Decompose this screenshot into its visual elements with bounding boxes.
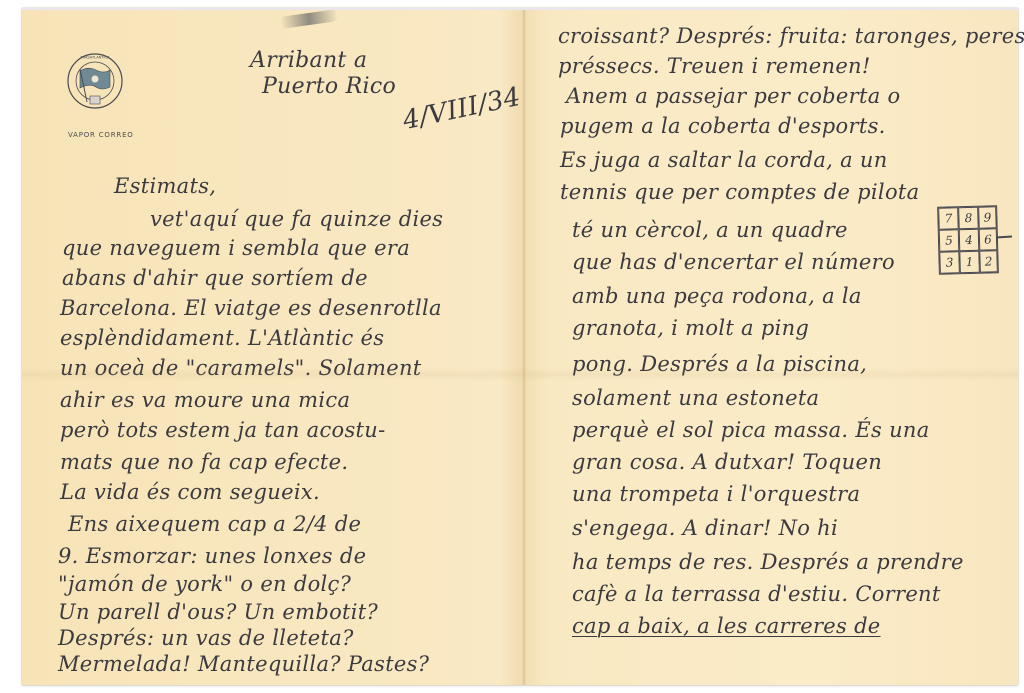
number-target-grid: 7 8 9 5 4 6 3 1 2	[937, 205, 999, 275]
letter-line: pugem a la coberta d'esports.	[560, 114, 886, 138]
letter-line: Un parell d'ous? Un embotit?	[58, 600, 378, 624]
salutation: Estimats,	[114, 174, 216, 198]
letter-line: "jamón de york" o en dolç?	[58, 572, 351, 596]
letter-line: Barcelona. El viatge es desenrotlla	[60, 296, 442, 320]
letter-line: que naveguem i sembla que era	[62, 236, 410, 260]
letter-line: croissant? Després: fruita: taronges, pe…	[558, 24, 1024, 48]
letter-line: granota, i molt a ping	[572, 316, 809, 340]
letter-line: La vida és com segueix.	[60, 480, 320, 504]
letter-line: solament una estoneta	[572, 386, 819, 410]
grid-cell: 5	[939, 229, 960, 252]
letter-line: Anem a passejar per coberta o	[566, 84, 900, 108]
svg-text:TRASATLANTICA: TRASATLANTICA	[79, 56, 110, 60]
place-line-1: Arribant a	[250, 48, 367, 73]
place-line-2: Puerto Rico	[262, 74, 396, 99]
letter-line: vet'aquí que fa quinze dies	[150, 207, 443, 231]
letter-line: préssecs. Treuen i remenen!	[558, 54, 871, 78]
letter-line: un oceà de "caramels". Solament	[60, 356, 422, 380]
letter-line: abans d'ahir que sortíem de	[62, 266, 368, 290]
grid-cell: 9	[978, 206, 997, 228]
letter-line: s'engega. A dinar! No hi	[572, 516, 838, 540]
grid-cell: 7	[938, 207, 959, 230]
grid-cell: 3	[939, 251, 960, 274]
letter-line: Mermelada! Mantequilla? Pastes?	[58, 652, 429, 676]
grid-cell: 1	[959, 251, 980, 274]
letter-line: una trompeta i l'orquestra	[572, 482, 860, 506]
letter-line: gran cosa. A dutxar! Toquen	[572, 450, 882, 474]
letter-line: mats que no fa cap efecte.	[60, 450, 348, 474]
letterhead-subtitle: VAPOR CORREO	[68, 131, 134, 139]
letter-line: pong. Després a la piscina,	[572, 352, 867, 376]
shipping-company-crest-icon: TRASATLANTICA	[66, 52, 124, 110]
letter-date: 4/VIII/34	[400, 82, 523, 136]
grid-cell: 4	[959, 229, 980, 252]
grid-extension-line	[996, 235, 1012, 238]
letter-line: Es juga a saltar la corda, a un	[560, 148, 888, 172]
letter-line: amb una peça rodona, a la	[572, 284, 862, 308]
letter-line: cap a baix, a les carreres de	[572, 614, 881, 638]
grid-cell: 8	[958, 207, 979, 230]
letter-line: ahir es va moure una mica	[60, 388, 350, 412]
left-page: TRASATLANTICA VAPOR CORREO Arribant a Pu…	[22, 10, 522, 685]
grid-cell: 2	[979, 250, 998, 272]
letter-line: té un cèrcol, a un quadre	[572, 218, 848, 242]
letter-line: esplèndidament. L'Atlàntic és	[60, 326, 384, 350]
grid-cell: 6	[979, 228, 998, 250]
right-page: croissant? Després: fruita: taronges, pe…	[526, 10, 1018, 685]
letter-line: tennis que per comptes de pilota	[560, 180, 919, 204]
letter-line: Després: un vas de lleteta?	[58, 626, 354, 650]
letter-line: ha temps de res. Després a prendre	[572, 550, 964, 574]
letter-sheet: TRASATLANTICA VAPOR CORREO Arribant a Pu…	[22, 8, 1018, 685]
letter-line: que has d'encertar el número	[572, 250, 895, 274]
letter-line: perquè el sol pica massa. És una	[572, 418, 930, 442]
letter-line: Ens aixequem cap a 2/4 de	[68, 512, 361, 536]
letter-line: cafè a la terrassa d'estiu. Corrent	[572, 582, 941, 606]
letter-line: però tots estem ja tan acostu-	[60, 418, 386, 442]
letter-line: 9. Esmorzar: unes lonxes de	[58, 544, 366, 568]
